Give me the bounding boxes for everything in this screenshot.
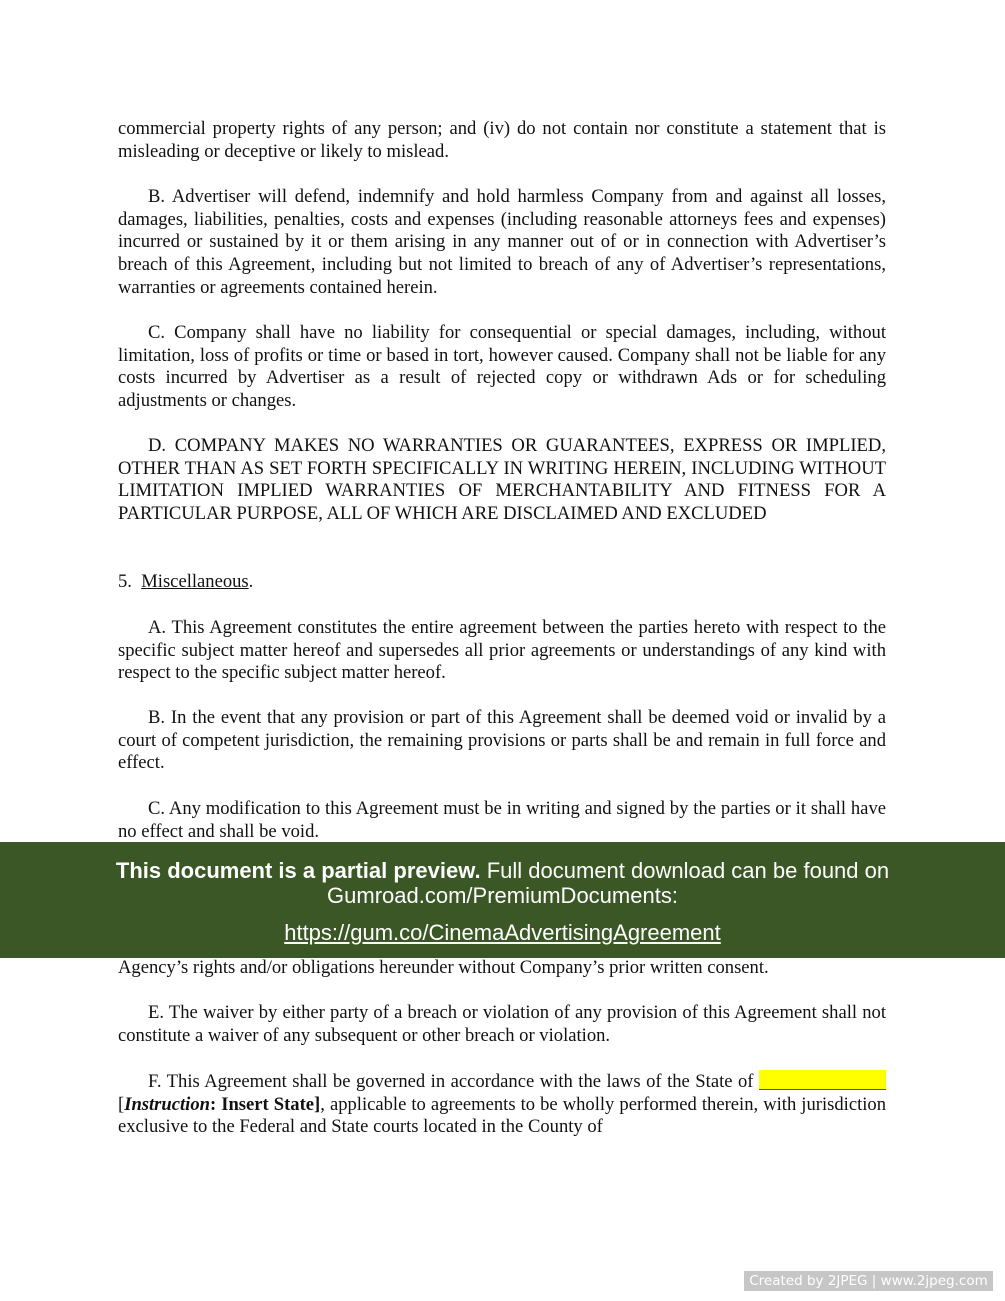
download-link[interactable]: https://gum.co/CinemaAdvertisingAgreemen… [284,920,721,945]
banner-message: This document is a partial preview. Full… [0,858,1005,883]
document-page: commercial property rights of any person… [0,0,1005,1301]
paragraph-5f-governing-law: F. This Agreement shall be governed in a… [118,1070,886,1139]
paragraph-4b-indemnification: B. Advertiser will defend, indemnify and… [118,186,886,300]
instruction-text: : Insert State] [210,1094,320,1115]
paragraph-5b-severability: B. In the event that any provision or pa… [118,707,886,775]
paragraph-5a-entire-agreement: A. This Agreement constitutes the entire… [118,617,886,685]
partial-preview-banner: This document is a partial preview. Full… [0,842,1005,958]
banner-bold-text: This document is a partial preview. [116,858,481,883]
paragraph-4c-liability: C. Company shall have no liability for c… [118,322,886,413]
section-5-heading: 5. Miscellaneous. [118,571,886,594]
governing-law-start: F. This Agreement shall be governed in a… [148,1071,753,1092]
banner-text: Full document download can be found on [481,858,890,883]
instruction-label: Instruction [124,1094,210,1115]
paragraph-4d-warranties: D. COMPANY MAKES NO WARRANTIES OR GUARAN… [118,435,886,526]
banner-text-line2: Gumroad.com/PremiumDocuments: [0,883,1005,908]
section-number: 5. [118,571,132,592]
section-title: Miscellaneous [141,571,248,592]
paragraph-5c-modification: C. Any modification to this Agreement mu… [118,798,886,843]
state-blank-field[interactable] [759,1070,886,1090]
watermark: Created by 2JPEG | www.2jpeg.com [744,1271,993,1291]
paragraph-5e-waiver: E. The waiver by either party of a breac… [118,1002,886,1047]
section-title-period: . [249,571,254,592]
paragraph-continuation: commercial property rights of any person… [118,118,886,163]
paragraph-5d-tail: Agency’s rights and/or obligations hereu… [118,957,886,980]
